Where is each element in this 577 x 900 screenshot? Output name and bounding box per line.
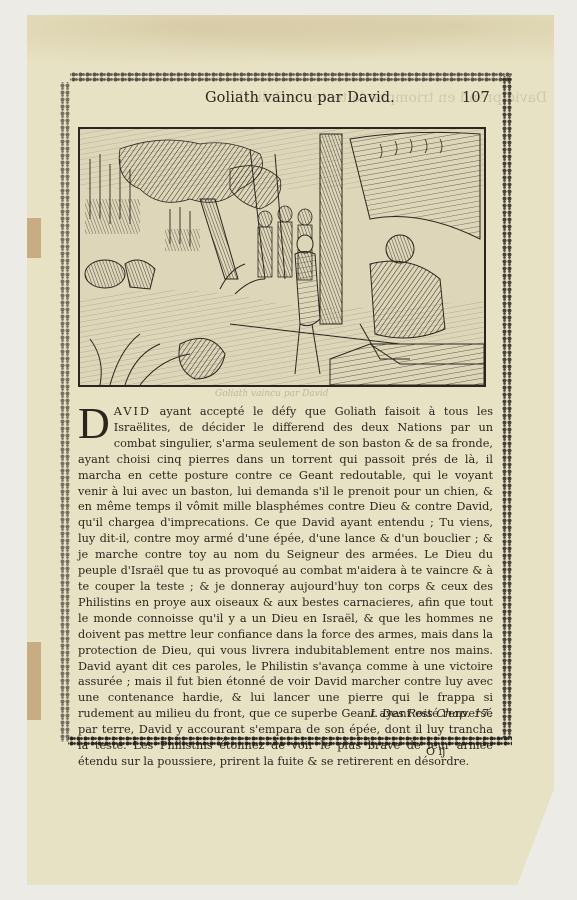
running-head: Goliath vaincu par David. [205,90,395,106]
signature-mark: O ij [426,745,445,758]
border-top [70,72,512,82]
tape-mark-upper [27,218,41,258]
drop-cap: D [78,406,110,442]
woodcut-illustration [78,127,486,387]
first-word: AVID [114,405,151,418]
border-right [502,76,512,738]
page-number: 107 [462,90,490,106]
tape-mark-lower [27,642,41,720]
woodcut-caption-faint: Goliath vaincu par David [215,389,328,399]
border-left [60,82,70,742]
show-through-reference: I. Des Rois 18. Chap. [110,710,216,721]
woodcut-image [80,129,484,385]
scripture-reference: I. Des Rois Chap. 17. [370,706,492,720]
